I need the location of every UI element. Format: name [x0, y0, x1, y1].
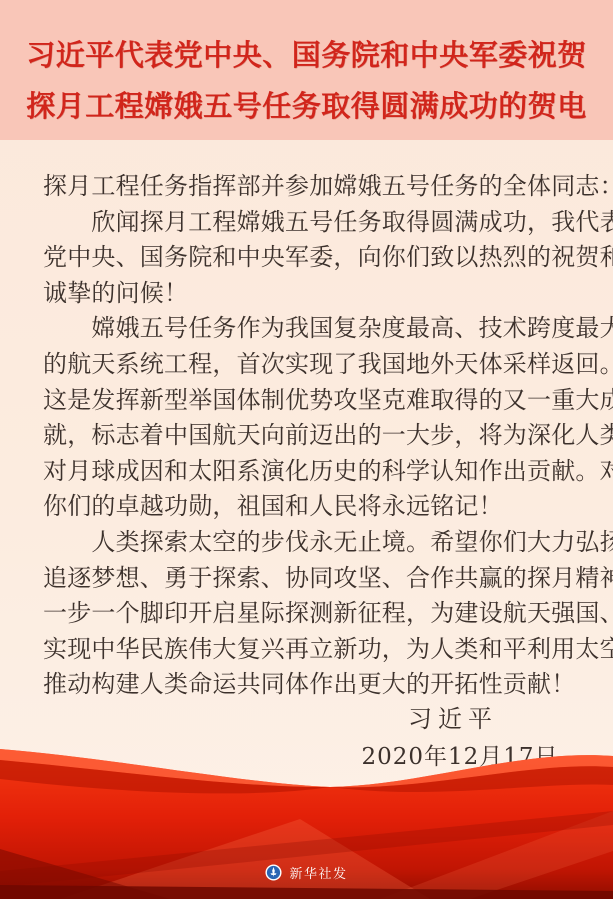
credit-line: 新华社发	[0, 863, 613, 882]
credit-text: 新华社发	[289, 863, 347, 882]
title-line-2: 探月工程嫦娥五号任务取得圆满成功的贺电	[0, 82, 613, 133]
red-ribbon: 新华社发	[0, 741, 613, 899]
letter-line: 这是发挥新型举国体制优势攻坚克难取得的又一重大成	[43, 383, 575, 419]
letter-line: 你们的卓越功勋，祖国和人民将永远铭记！	[43, 489, 575, 525]
telegram-graphic: 习近平代表党中央、国务院和中央军委祝贺 探月工程嫦娥五号任务取得圆满成功的贺电 …	[0, 0, 613, 899]
title-line-1: 习近平代表党中央、国务院和中央军委祝贺	[0, 31, 613, 82]
letter-line: 欣闻探月工程嫦娥五号任务取得圆满成功，我代表	[43, 205, 575, 241]
letter-line: 嫦娥五号任务作为我国复杂度最高、技术跨度最大	[43, 311, 575, 347]
letter-line: 党中央、国务院和中央军委，向你们致以热烈的祝贺和	[43, 240, 575, 276]
letter-line: 人类探索太空的步伐永无止境。希望你们大力弘扬	[43, 525, 575, 561]
letter-line: 一步一个脚印开启星际探测新征程，为建设航天强国、	[43, 596, 575, 632]
letter-line: 的航天系统工程，首次实现了我国地外天体采样返回。	[43, 347, 575, 383]
letter-line: 诚挚的问候！	[43, 276, 575, 312]
letter-line-salutation: 探月工程任务指挥部并参加嫦娥五号任务的全体同志：	[43, 169, 575, 205]
letter-line: 对月球成因和太阳系演化历史的科学认知作出贡献。对	[43, 454, 575, 490]
xinhua-logo-icon	[265, 864, 282, 881]
letter-body: 探月工程任务指挥部并参加嫦娥五号任务的全体同志： 欣闻探月工程嫦娥五号任务取得圆…	[43, 169, 575, 703]
title-banner: 习近平代表党中央、国务院和中央军委祝贺 探月工程嫦娥五号任务取得圆满成功的贺电	[0, 0, 613, 140]
letter-line: 实现中华民族伟大复兴再立新功，为人类和平利用太空、	[43, 632, 575, 668]
letter-line: 追逐梦想、勇于探索、协同攻坚、合作共赢的探月精神，	[43, 561, 575, 597]
signature-name: 习近平	[303, 702, 603, 736]
letter-line: 推动构建人类命运共同体作出更大的开拓性贡献！	[43, 667, 575, 703]
letter-line: 就，标志着中国航天向前迈出的一大步，将为深化人类	[43, 418, 575, 454]
